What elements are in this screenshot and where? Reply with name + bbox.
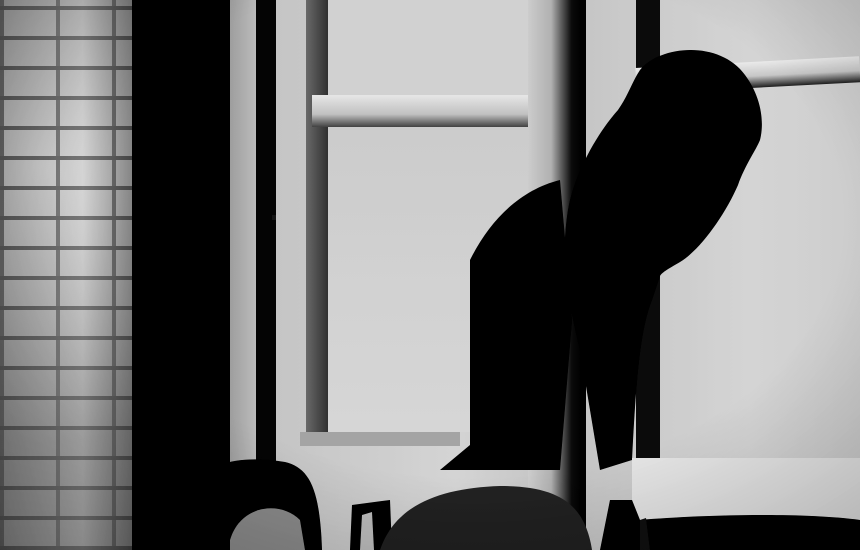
photo-scene: Black and white photograph of a man's sh…	[0, 0, 860, 550]
vignette	[0, 0, 860, 550]
